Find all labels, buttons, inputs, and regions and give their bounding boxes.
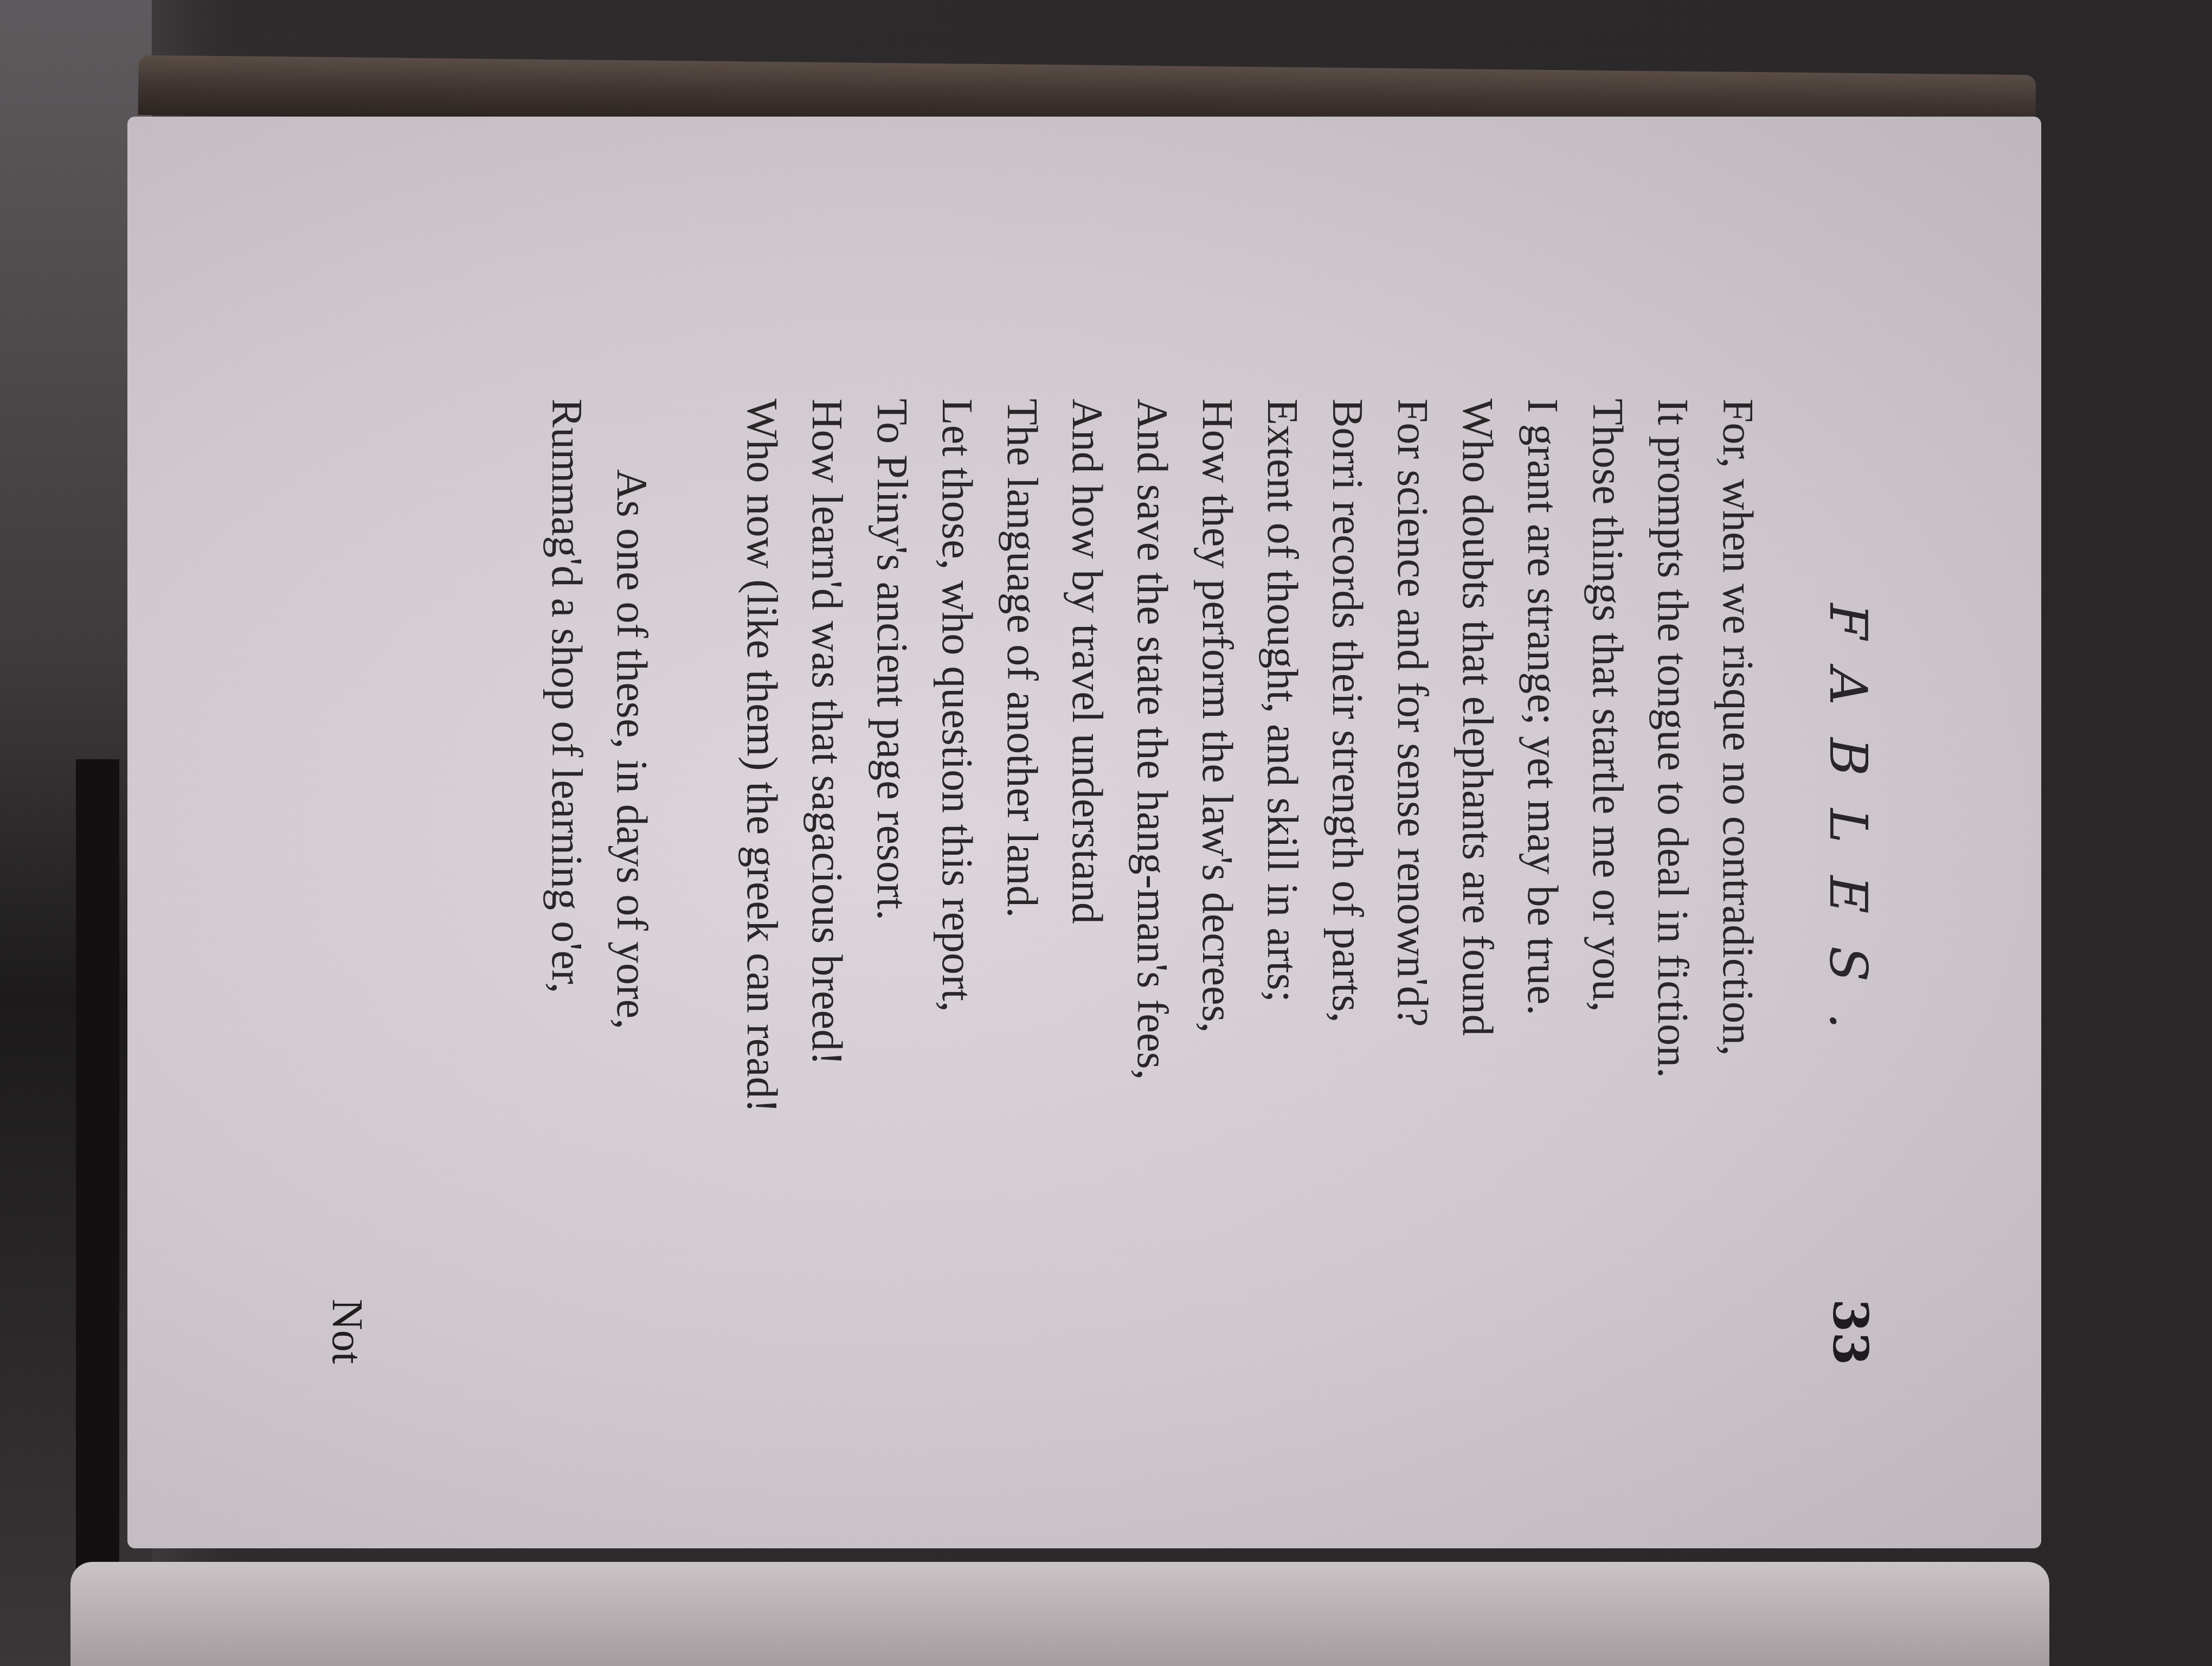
verse-body: For, when we risque no contradiction, It… — [534, 399, 1770, 1113]
verse-line: Let those, who question this report, — [924, 399, 989, 1113]
book-page: FABLES. 33 For, when we risque no contra… — [127, 117, 2041, 1548]
verse-line: Extent of thought, and skill in arts; — [1250, 399, 1315, 1113]
verse-line: How they perform the law's decrees, — [1185, 399, 1250, 1113]
verse-line: Rummag'd a shop of learning o'er, — [534, 399, 599, 1113]
page-content: FABLES. 33 For, when we risque no contra… — [127, 117, 2041, 1548]
verse-line: Those things that startle me or you, — [1575, 399, 1640, 1113]
verse-line: It prompts the tongue to deal in fiction… — [1640, 399, 1705, 1113]
verse-line: For, when we risque no contradiction, — [1705, 399, 1770, 1113]
background-shadow — [76, 759, 119, 1666]
page-number: 33 — [1822, 1299, 1879, 1365]
facing-page-edge — [70, 1562, 2049, 1666]
verse-line: As one of these, in days of yore, — [599, 399, 664, 1113]
verse-line: I grant are strange; yet may be true. — [1510, 399, 1575, 1113]
verse-line: To Pliny's ancient page resort. — [859, 399, 924, 1113]
verse-line: Borri records their strength of parts, — [1315, 399, 1380, 1113]
stanza-break — [664, 399, 729, 1113]
catchword: Not — [322, 1299, 371, 1364]
verse-line: How learn'd was that sagacious breed! — [794, 399, 859, 1113]
verse-line: And how by travel understand — [1054, 399, 1120, 1113]
verse-line: Who doubts that elephants are found — [1445, 399, 1510, 1113]
verse-line: And save the state the hang-man's fees, — [1120, 399, 1185, 1113]
verse-line: For science and for sense renown'd? — [1380, 399, 1445, 1113]
verse-line: Who now (like them) the greek can read! — [729, 399, 794, 1113]
verse-line: The language of another land. — [989, 399, 1054, 1113]
